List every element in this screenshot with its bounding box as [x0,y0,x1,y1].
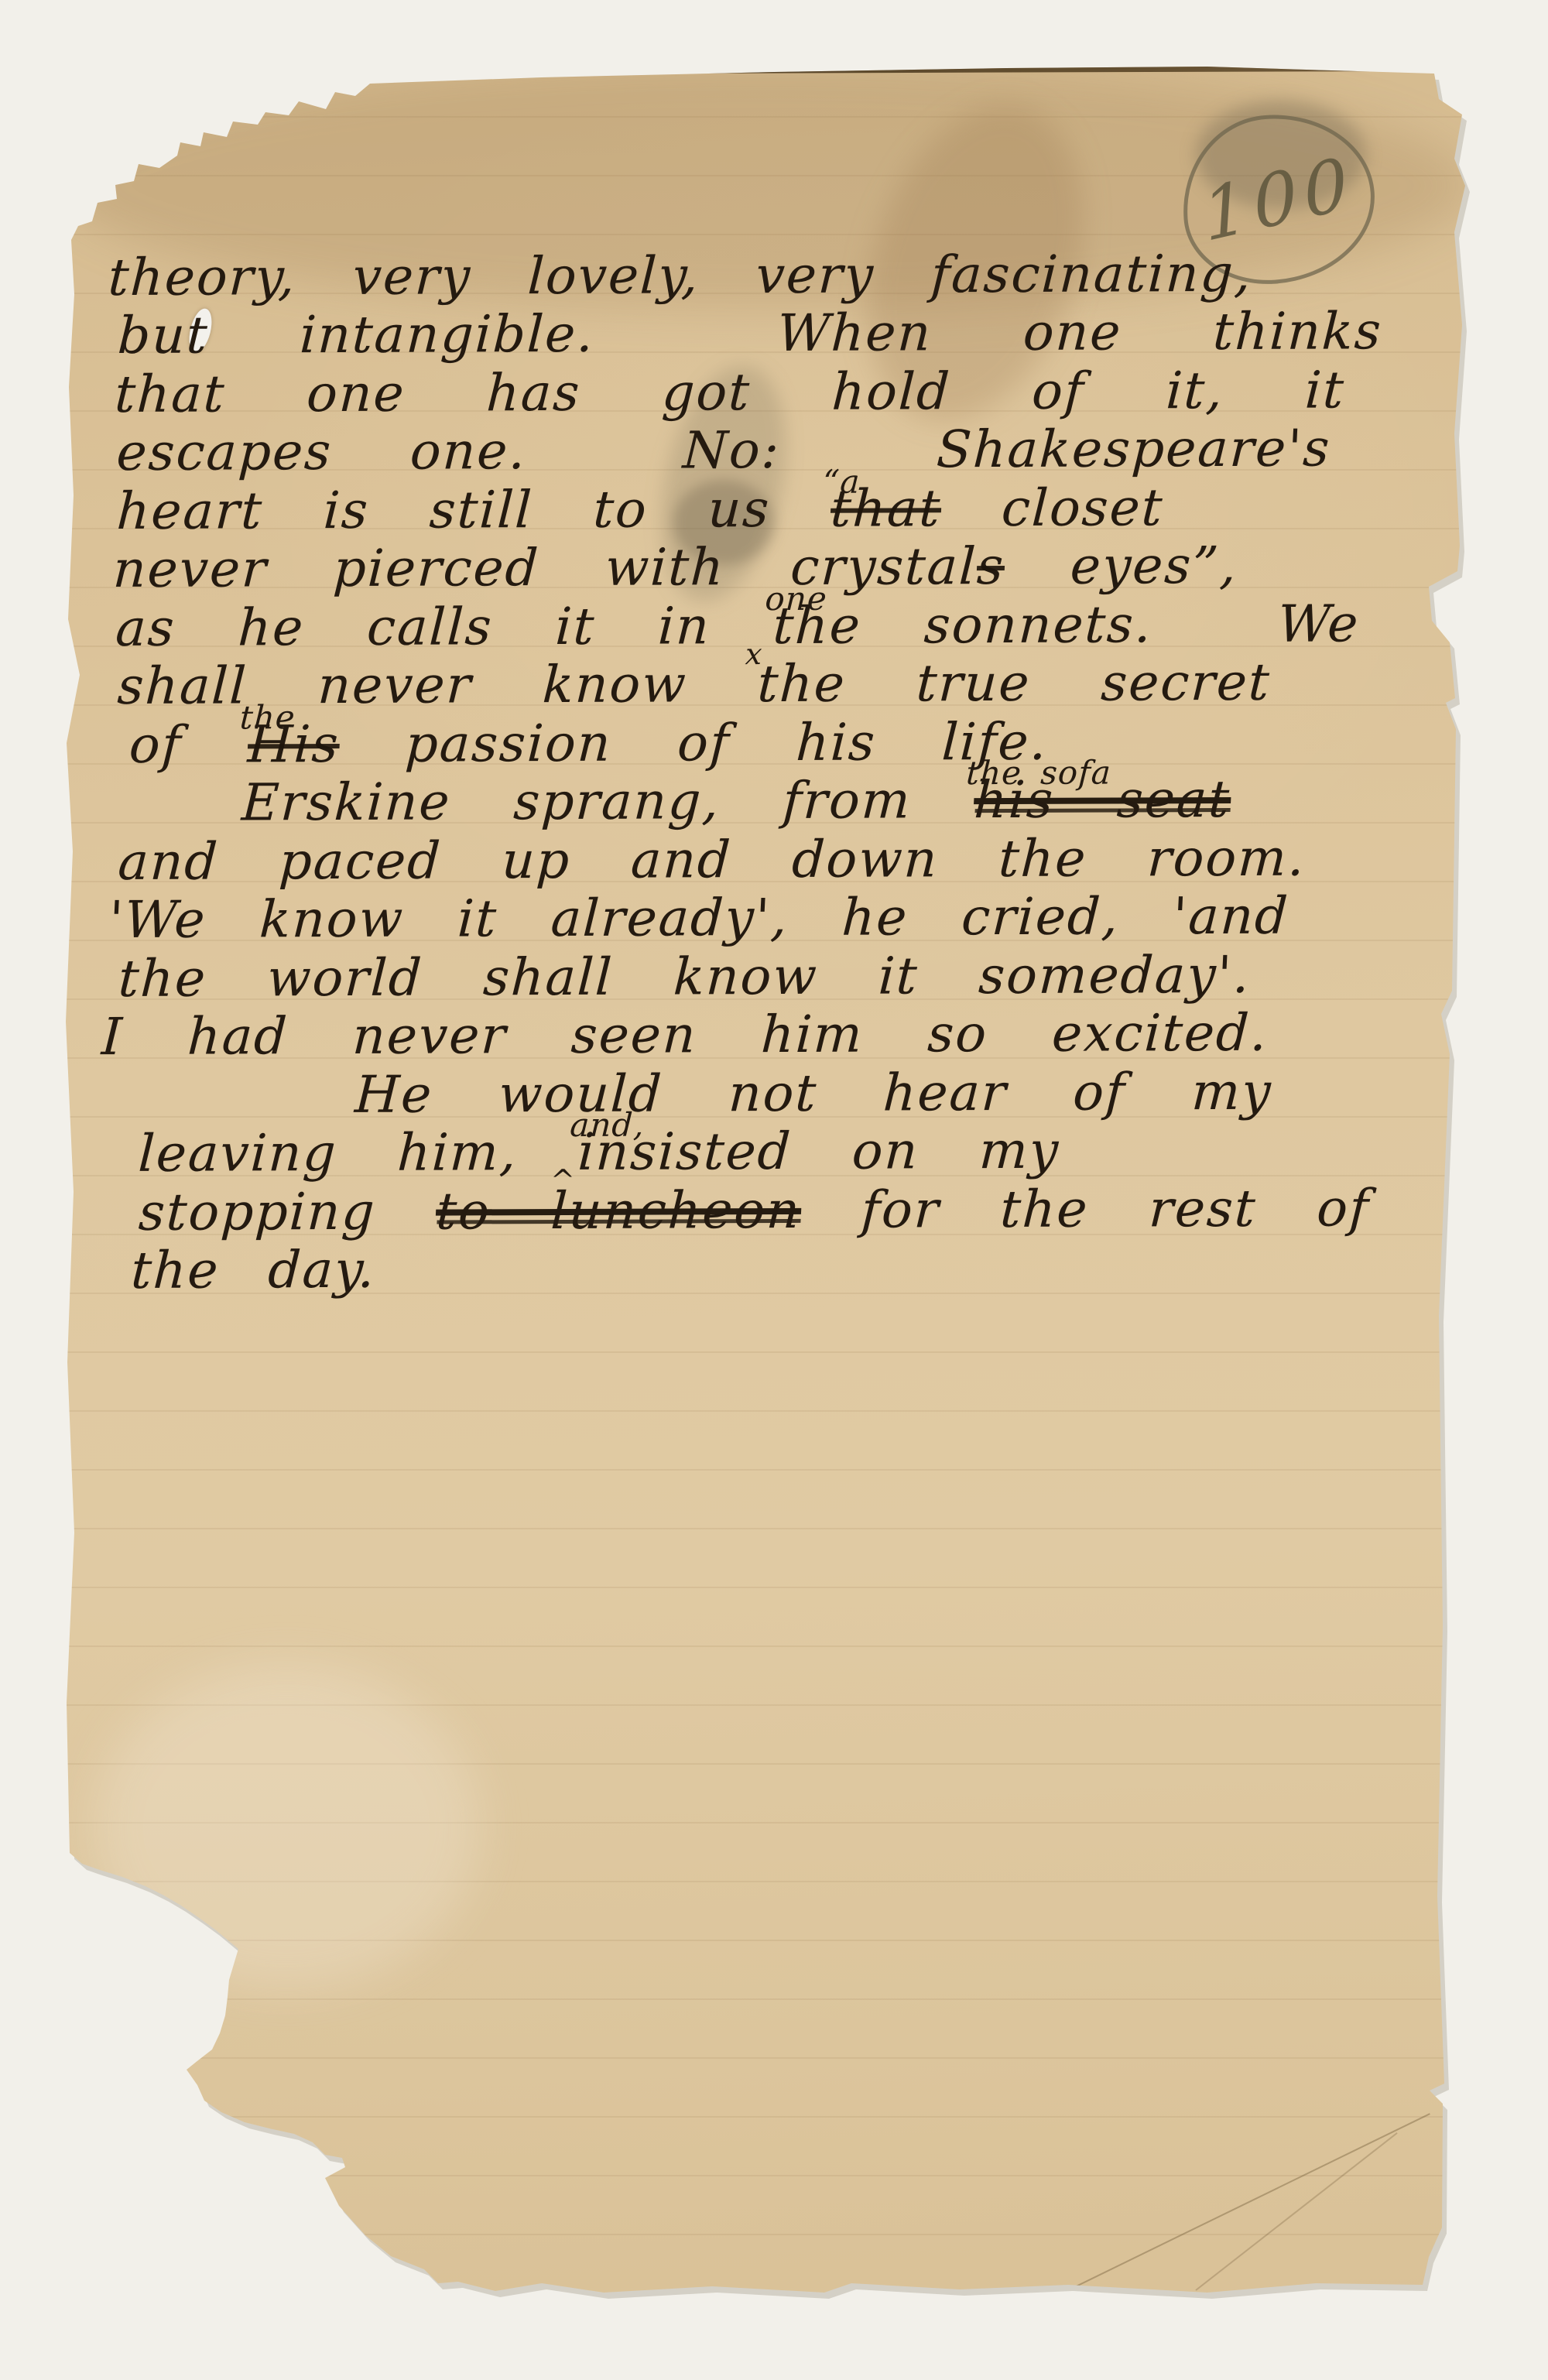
handwritten-text: for the rest of [800,1178,1372,1240]
manuscript-line: I had never seen him so excited. [101,1008,1269,1063]
manuscript-page: 100 theory, very lovely, very fascinatin… [0,0,1548,2380]
handwritten-text: the day. [130,1240,378,1300]
handwritten-text: closet [940,478,1165,538]
insertion-above: one [765,583,828,615]
annotated-text: Histhe [246,714,341,774]
manuscript-line: never pierced with crystals eyes”, [112,540,1239,595]
handwritten-text: escapes one. No: Shakespeare's [115,419,1332,482]
handwritten-text: heart is still to us [115,479,832,541]
annotated-text: to luncheon [435,1180,803,1241]
manuscript-line: leaving him, insisted on myand,^ [137,1125,1060,1180]
manuscript-line: of Histhe passion of his life. [128,717,1049,771]
manuscript-line: heart is still to us that“a closet [115,482,1165,537]
strikethrough-text: s [975,536,1006,596]
manuscript-line: stopping to luncheon for the rest of [138,1183,1372,1238]
handwritten-text: that one has got hold of it, it [114,360,1347,424]
strikethrough-text: to luncheon [435,1180,803,1241]
handwritten-text: I had never seen him so excited. [100,1003,1269,1067]
handwritten-text: as he calls it in [115,596,775,658]
manuscript-line: as he calls it in the sonnets. Weonex [115,598,1361,654]
annotated-text: insisted on myand,^ [577,1121,1061,1182]
insertion-above: “a [822,466,861,498]
manuscript-line: and paced up and down the room. [117,833,1307,888]
handwritten-text: eyes”, [1003,536,1239,596]
insertion-above: and, [569,1109,645,1142]
insertion-above: the [239,701,296,734]
handwritten-text: and paced up and down the room. [117,828,1307,892]
manuscript-line: that one has got hold of it, it [114,365,1347,420]
handwritten-text: 'We know it already', he cried, 'and [108,886,1290,950]
handwritten-text: never pierced with crystal [111,536,978,599]
manuscript-line: He would not hear of my [354,1067,1273,1121]
annotated-text: that“a [829,478,943,539]
manuscript-line: theory, very lovely, very fascinating, [107,248,1253,303]
handwritten-text: of [128,714,249,775]
manuscript-line: the world shall know it someday'. [117,950,1252,1005]
manuscript-line: Erskine sprang, from his seatthe sofa [241,774,1232,828]
handwritten-text: Erskine sprang, from [240,770,975,832]
scanned-page-background: 100 theory, very lovely, very fascinatin… [0,0,1548,2380]
annotated-text: the sonnets. Weonex [772,594,1361,656]
manuscript-line: escapes one. No: Shakespeare's [115,423,1332,478]
handwritten-text: leaving him, [137,1122,580,1183]
handwritten-text: stopping [137,1182,437,1242]
handwritten-text: but intangible. When one thinks [116,301,1383,365]
handwritten-text-block: theory, very lovely, very fascinating,bu… [0,0,1548,2380]
handwritten-text: insisted on my [577,1121,1061,1182]
handwritten-text: He would not hear of my [354,1062,1274,1125]
manuscript-line: but intangible. When one thinks [117,306,1384,361]
handwritten-text: the world shall know it someday'. [117,945,1252,1009]
handwritten-text: theory, very lovely, very fascinating, [107,244,1254,307]
insertion-above: the sofa [965,757,1112,790]
manuscript-line: 'We know it already', he cried, 'and [108,891,1290,946]
handwritten-text: passion of his life. [338,712,1050,774]
annotated-text: his seatthe sofa [973,769,1232,830]
handwritten-text: the sonnets. We [772,594,1361,656]
annotated-text: s [975,536,1006,596]
manuscript-line: the day. [130,1245,377,1296]
